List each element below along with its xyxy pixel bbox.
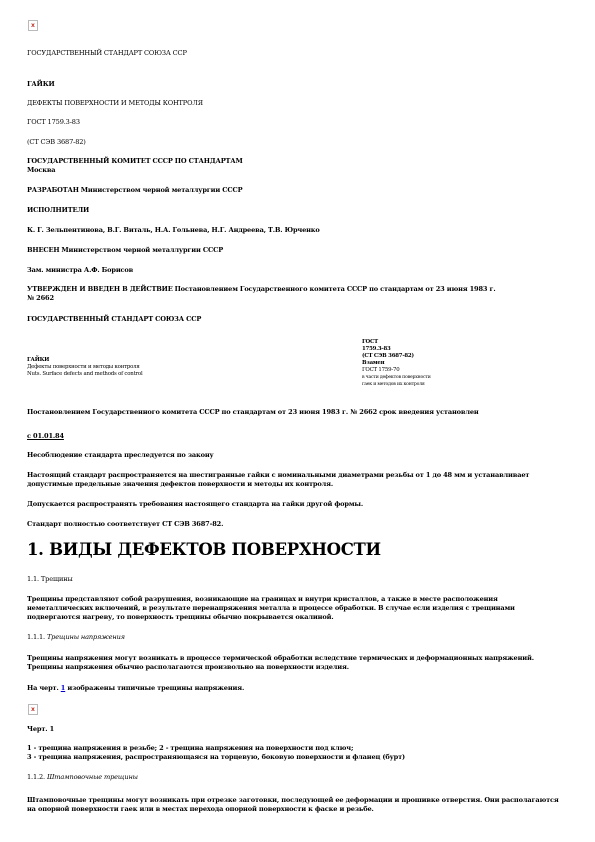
product-title: ГАЙКИ: [27, 80, 55, 90]
section-1-1-1-title: 1.1.1. Трещины напряжения: [27, 633, 125, 643]
standard-title: ГОСУДАРСТВЕННЫЙ СТАНДАРТ СОЮЗА ССР: [27, 49, 187, 59]
title-block-replaces-label: Взамен: [362, 360, 431, 367]
committee: ГОСУДАРСТВЕННЫЙ КОМИТЕТ СССР ПО СТАНДАРТ…: [27, 157, 243, 167]
title-block-product: ГАЙКИ: [27, 357, 142, 364]
approved-block: УТВЕРЖДЕН И ВВЕДЕН В ДЕЙСТВИЕ Постановле…: [27, 285, 496, 295]
introduced-by: ВНЕСЕН Министерством черной металлургии …: [27, 246, 223, 256]
gost-number: ГОСТ 1759.3-83: [27, 118, 80, 128]
developed-by: РАЗРАБОТАН Министерством черной металлур…: [27, 186, 242, 196]
section-1-1-1-line-2: Трещины напряжения обычно располагаются …: [27, 663, 349, 673]
broken-image-icon: x: [28, 20, 38, 31]
conformity-note: Стандарт полностью соответствует СТ СЭВ …: [27, 520, 223, 530]
standard-title-2: ГОСУДАРСТВЕННЫЙ СТАНДАРТ СОЮЗА ССР: [27, 315, 201, 325]
deputy-minister: Зам. министра А.Ф. Борисов: [27, 266, 133, 276]
decree-text: Постановлением Государственного комитета…: [27, 408, 479, 418]
section-1-1-2-line-2: на опорной поверхности гаек или в местах…: [27, 805, 374, 815]
other-shapes-note: Допускается распространять требования на…: [27, 500, 363, 510]
section-1-1-2-title: 1.1.2. Штамповочные трещины: [27, 773, 138, 783]
figure-reference: На черт. 1 изображены типичные трещины н…: [27, 684, 244, 694]
title-block-replaces: ГОСТ 1759-70: [362, 367, 431, 374]
developed-value: Министерством черной металлургии СССР: [81, 186, 243, 194]
city: Москва: [27, 166, 55, 176]
subject-title: ДЕФЕКТЫ ПОВЕРХНОСТИ И МЕТОДЫ КОНТРОЛЯ: [27, 99, 203, 109]
title-block-right: ГОСТ 1759.3-83 (СТ СЭВ 3687-82) Взамен Г…: [362, 339, 431, 388]
section-1-1-title: 1.1. Трещины: [27, 575, 73, 585]
title-block-gost-label: ГОСТ: [362, 339, 431, 346]
figure-ref-after: изображены типичные трещины напряжения.: [65, 684, 244, 692]
title-block-gost-number: 1759.3-83: [362, 346, 431, 353]
scope-line-2: допустимые предельные значения дефектов …: [27, 480, 333, 490]
approved-text: Постановлением Государственного комитета…: [175, 285, 496, 293]
figure-ref-before: На черт.: [27, 684, 61, 692]
title-block-st-sev: (СТ СЭВ 3687-82): [362, 353, 431, 360]
figure-1-caption: Черт. 1: [27, 725, 54, 735]
title-block-subject-ru: Дефекты поверхности и методы контроля: [27, 364, 142, 371]
title-block-subject-en: Nuts. Surface defects and methods of con…: [27, 371, 142, 378]
figure-legend-line-2: 3 - трещина напряжения, распространяющая…: [27, 753, 405, 763]
title-block-scope-1: в части дефектов поверхности: [362, 374, 431, 381]
section-1-1-1-name: Трещины напряжения: [47, 633, 125, 641]
title-block-left: ГАЙКИ Дефекты поверхности и методы контр…: [27, 357, 142, 378]
st-sev-number: (СТ СЭВ 3687-82): [27, 138, 86, 148]
section-1-1-2-number: 1.1.2.: [27, 773, 45, 781]
effective-date: с 01.01.84: [27, 432, 64, 442]
section-1-1-1-number: 1.1.1.: [27, 633, 45, 641]
introduced-label: ВНЕСЕН: [27, 246, 59, 254]
developed-label: РАЗРАБОТАН: [27, 186, 79, 194]
introduced-value: Министерством черной металлургии СССР: [61, 246, 223, 254]
section-1-heading: 1. ВИДЫ ДЕФЕКТОВ ПОВЕРХНОСТИ: [27, 540, 381, 559]
executors: К. Г. Зельпентинова, В.Г. Виталь, Н.А. Г…: [27, 226, 320, 236]
approved-number: № 2662: [27, 294, 54, 304]
section-1-1-2-name: Штамповочные трещины: [47, 773, 138, 781]
figure-1-broken-image-icon: x: [28, 704, 38, 715]
violation-notice: Несоблюдение стандарта преследуется по з…: [27, 451, 214, 461]
executors-label: ИСПОЛНИТЕЛИ: [27, 206, 89, 216]
section-1-1-line-3: подвергаются нагреву, то поверхность тре…: [27, 613, 333, 623]
title-block-scope-2: гаек и методов их контроля: [362, 381, 431, 388]
approved-label: УТВЕРЖДЕН И ВВЕДЕН В ДЕЙСТВИЕ: [27, 285, 173, 293]
